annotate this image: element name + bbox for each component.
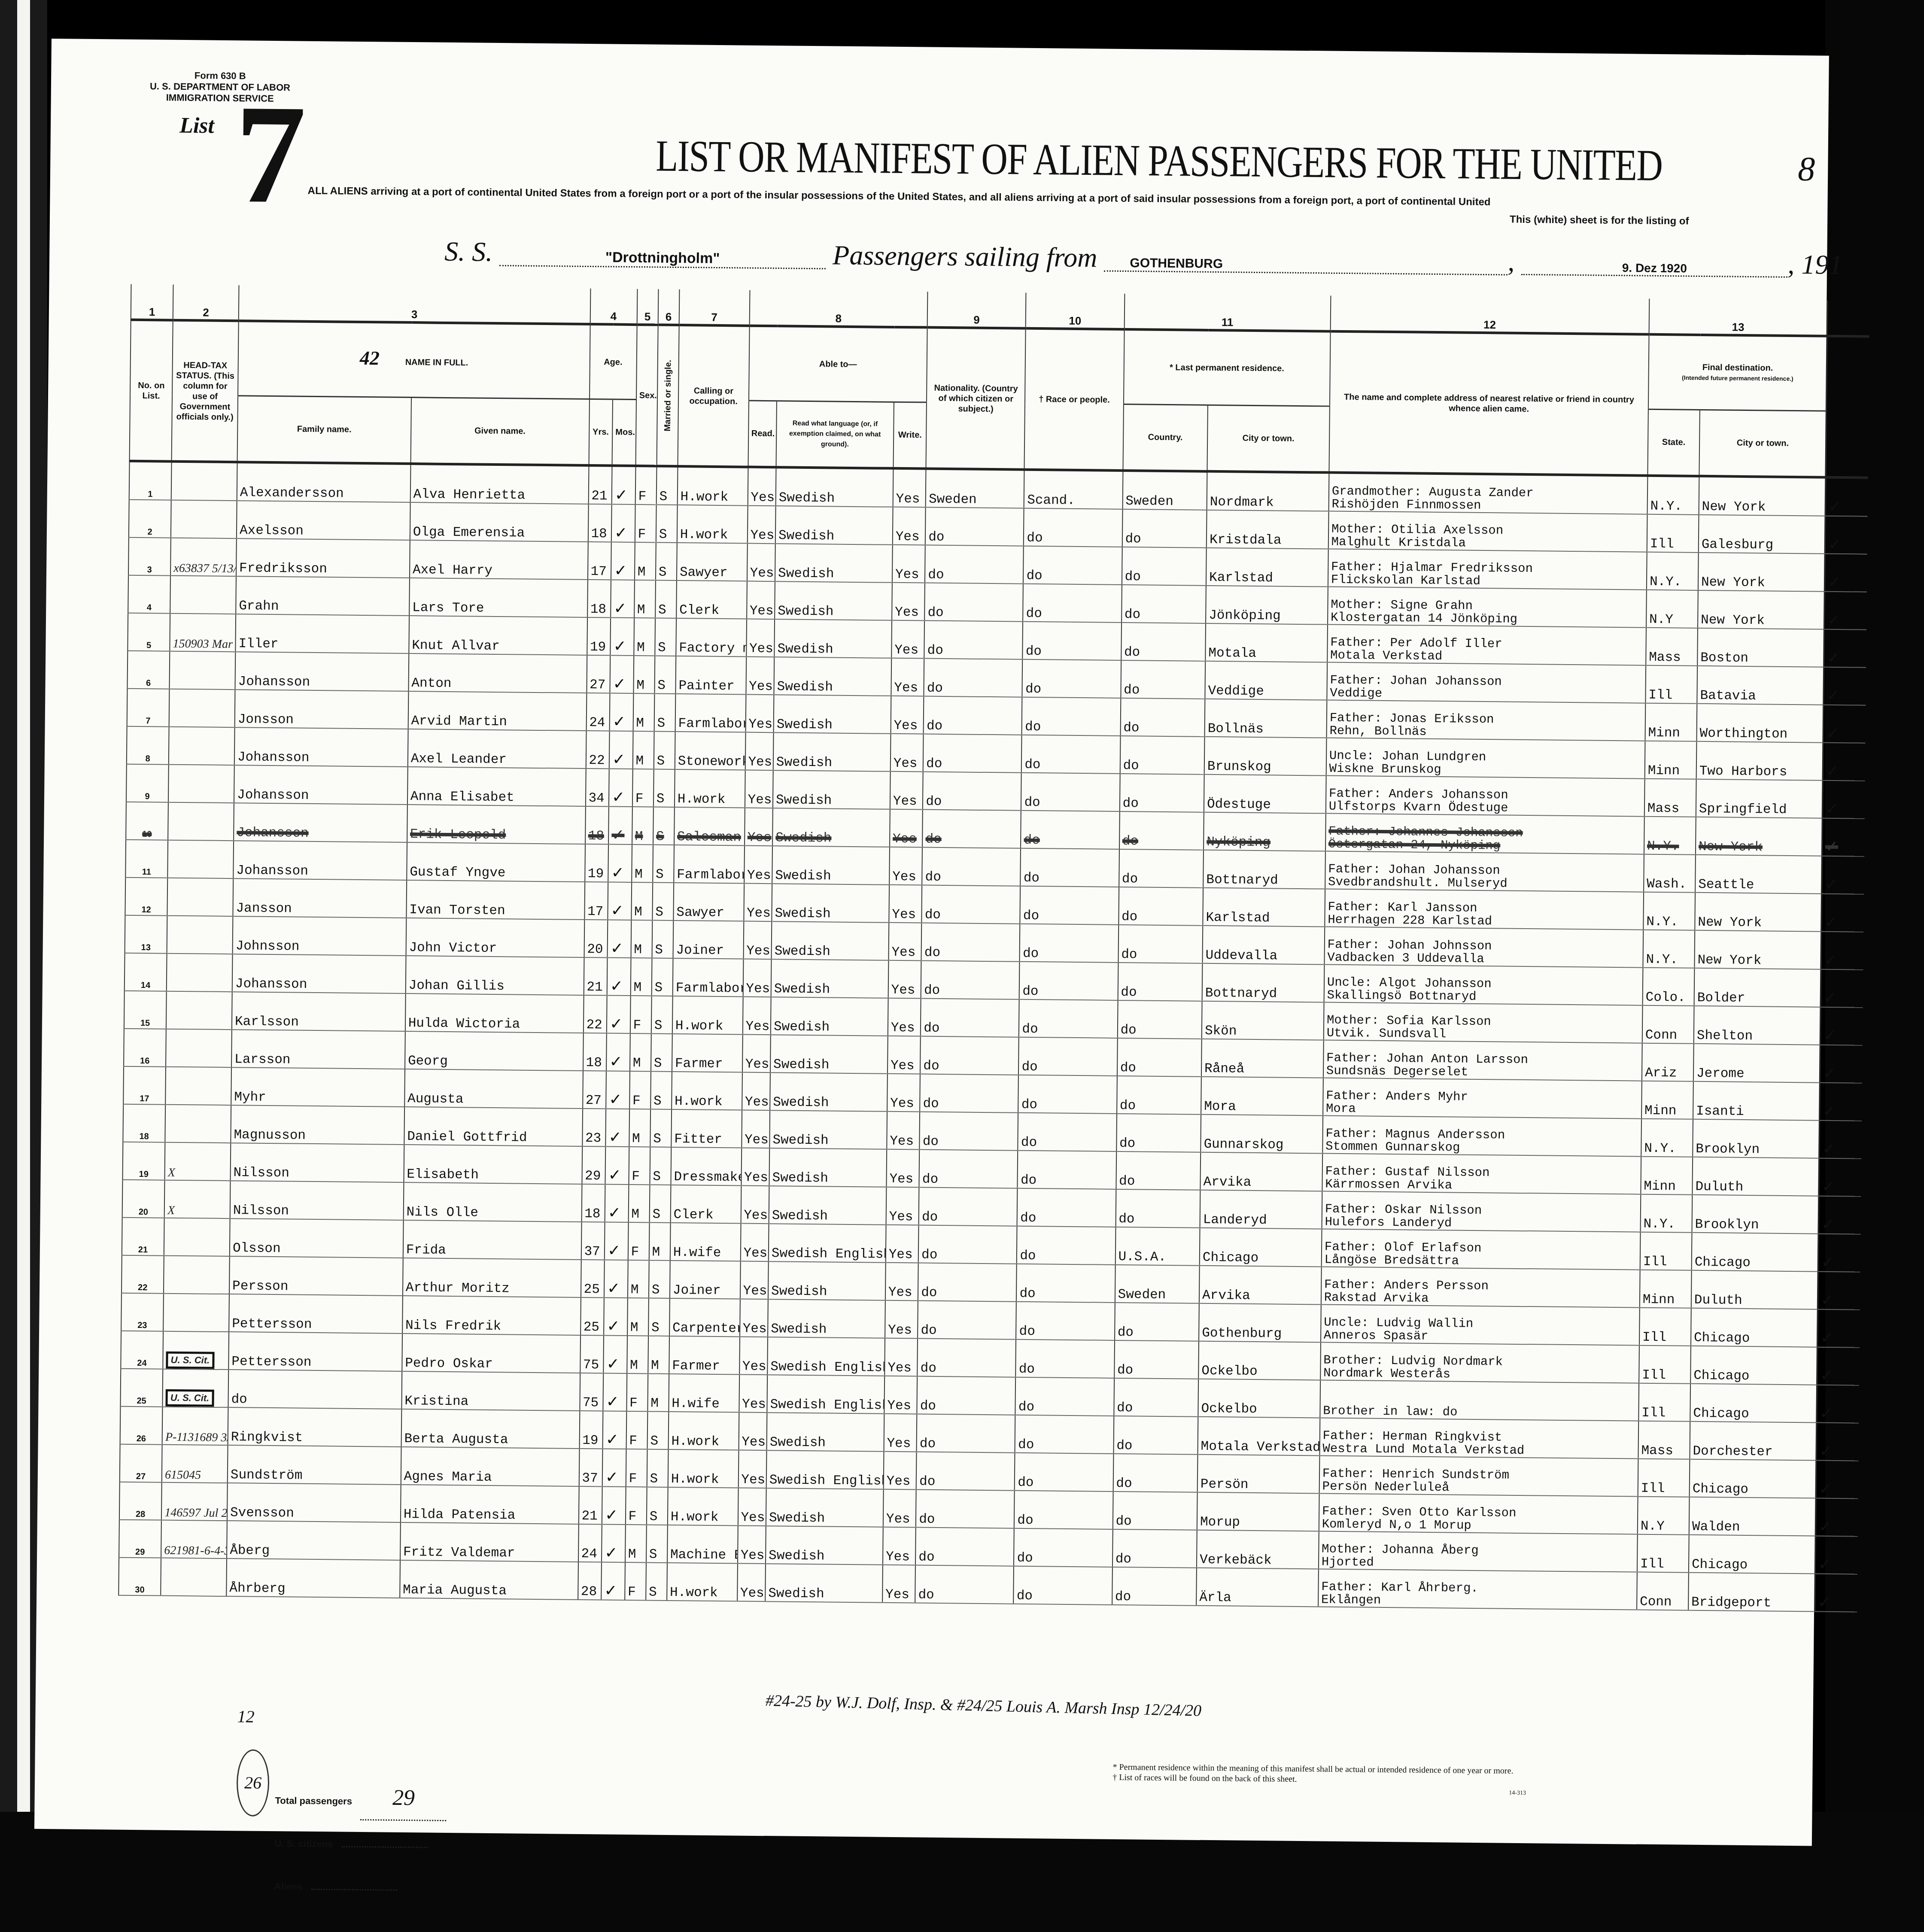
- can-read: Yes: [737, 1563, 766, 1601]
- occupation: Clerk: [676, 580, 747, 619]
- family-name: Magnusson: [231, 1105, 404, 1145]
- year-prefix: 191: [1801, 249, 1843, 281]
- residence-city: Karlstad: [1203, 888, 1325, 927]
- age-years: 37: [579, 1449, 602, 1487]
- check-mark-icon: ✓: [1816, 1423, 1859, 1461]
- row-number: 9: [126, 764, 169, 802]
- family-name: Axelsson: [237, 501, 410, 540]
- total-passengers-value: 29: [361, 1776, 447, 1821]
- age-years: 19: [585, 844, 608, 882]
- check-mark-icon: ✓: [605, 1222, 628, 1260]
- check-mark-icon: ✓: [1818, 1196, 1861, 1234]
- head-tax-note: 615045: [162, 1445, 228, 1483]
- sex: F: [625, 1487, 647, 1525]
- residence-country: do: [1117, 1000, 1202, 1039]
- dest-state: N.Y: [1638, 1497, 1690, 1535]
- check-mark-icon: ✓: [1822, 818, 1865, 857]
- age-years: 18: [588, 504, 611, 542]
- row-number: 24: [121, 1331, 163, 1369]
- nearest-relative: Mother: Signe GrahnKlostergatan 14 Jönkö…: [1328, 587, 1647, 628]
- row-number: 26: [120, 1406, 163, 1445]
- check-mark-icon: ✓: [611, 580, 634, 618]
- race: do: [1022, 697, 1121, 736]
- marital-status: S: [654, 694, 675, 732]
- can-read: Yes: [744, 846, 772, 884]
- family-name: Olsson: [230, 1218, 404, 1258]
- head-tax-note: P-1131689 3/19/37: [162, 1407, 228, 1445]
- row-number: 3: [128, 538, 171, 576]
- given-name: Lars Tore: [409, 578, 588, 617]
- residence-country: do: [1113, 1416, 1198, 1455]
- given-name: Nils Olle: [403, 1182, 582, 1222]
- given-name: Pedro Oskar: [402, 1334, 581, 1373]
- row-number: 6: [127, 651, 170, 689]
- row-number: 10: [126, 802, 168, 840]
- family-name: Ringkvist: [228, 1407, 402, 1447]
- occupation: H.wife: [669, 1374, 739, 1413]
- given-name: Olga Emerensia: [410, 502, 589, 542]
- read-language: Swedish: [767, 1413, 884, 1452]
- row-number: 7: [127, 689, 170, 727]
- occupation: Factory man: [676, 618, 747, 657]
- residence-city: Mora: [1201, 1077, 1323, 1116]
- family-name: do: [228, 1370, 402, 1409]
- row-number: 12: [125, 878, 167, 916]
- header-final-destination: Final destination.(Intended future perma…: [1648, 334, 1827, 411]
- residence-city: Motala Verkstad: [1198, 1417, 1320, 1456]
- header-read: Read.: [748, 401, 777, 467]
- residence-country: U.S.A.: [1115, 1227, 1200, 1266]
- can-write: Yes: [888, 1036, 921, 1074]
- can-write: Yes: [893, 468, 926, 507]
- sex: F: [629, 1071, 651, 1109]
- check-mark-icon: ✓: [1821, 894, 1864, 932]
- check-mark-icon: ✓: [611, 504, 635, 543]
- read-language: Swedish English: [766, 1450, 884, 1489]
- nearest-relative: Uncle: Johan LundgrenWiskne Brunskog: [1326, 738, 1645, 779]
- given-name: Axel Harry: [410, 540, 588, 580]
- row-number: 22: [122, 1255, 164, 1294]
- check-mark-icon: ✓: [1815, 1498, 1858, 1537]
- check-mark-icon: ✓: [604, 1297, 627, 1336]
- residence-country: do: [1119, 811, 1204, 850]
- nearest-relative: Father: Johan JohnssonVadbacken 3 Uddeva…: [1324, 927, 1643, 968]
- can-write: Yes: [888, 923, 921, 961]
- marital-status: S: [646, 1525, 668, 1562]
- can-read: Yes: [741, 1186, 769, 1224]
- read-language: Swedish: [771, 997, 888, 1036]
- dest-state: Ill: [1640, 1232, 1692, 1270]
- marital-status: S: [653, 769, 675, 807]
- check-mark-icon: ✓: [608, 882, 631, 920]
- can-write: Yes: [891, 734, 924, 772]
- dest-state: N.Y.: [1644, 817, 1696, 855]
- check-mark-icon: ✓: [1824, 554, 1867, 592]
- can-read: Yes: [738, 1450, 766, 1488]
- can-read: Yes: [747, 544, 775, 582]
- race: do: [1021, 735, 1120, 774]
- check-mark-icon: ✓: [601, 1562, 625, 1600]
- read-language: Swedish: [775, 581, 892, 620]
- departure-date: 9. Dez 1920: [1521, 260, 1787, 278]
- occupation: H.work: [675, 769, 745, 808]
- given-name: Axel Leander: [408, 729, 587, 769]
- us-citizens-value: [341, 1846, 427, 1848]
- dest-city: Dorchester: [1690, 1422, 1817, 1461]
- row-number: 15: [124, 991, 167, 1029]
- total-passengers-label: Total passengers: [275, 1779, 352, 1823]
- marital-status: S: [655, 618, 676, 656]
- row-number: 29: [119, 1520, 161, 1558]
- can-read: Yes: [746, 619, 775, 657]
- can-write: Yes: [886, 1225, 919, 1263]
- nationality: do: [920, 1112, 1018, 1151]
- age-years: 21: [588, 465, 612, 504]
- check-mark-icon: ✓: [605, 1147, 629, 1185]
- totals-block: Total passengers29 U. S. citizens Aliens: [274, 1775, 447, 1910]
- corner-mark: 8: [1798, 150, 1815, 189]
- header-country: Country.: [1123, 404, 1208, 471]
- header-mos: Mos.: [612, 399, 636, 466]
- nearest-relative: Brother: Ludvig NordmarkNordmark Westerå…: [1320, 1343, 1639, 1383]
- nearest-relative: Uncle: Algot JohanssonSkallingsö Bottnar…: [1324, 965, 1643, 1005]
- residence-country: do: [1112, 1492, 1197, 1530]
- us-citizens-label: U. S. citizens: [274, 1822, 333, 1865]
- header-dest-city: City or town.: [1699, 410, 1826, 477]
- dest-city: Chicago: [1690, 1384, 1817, 1423]
- residence-country: do: [1118, 925, 1203, 963]
- sex: M: [632, 844, 653, 882]
- us-citizen-stamp: U. S. Cit.: [166, 1389, 214, 1407]
- family-name: Iller: [235, 614, 409, 653]
- residence-city: Nyköping: [1204, 812, 1326, 851]
- check-mark-icon: ✓: [1818, 1234, 1860, 1272]
- check-mark-icon: ✓: [1819, 1121, 1862, 1159]
- circled-mark: 26: [236, 1749, 269, 1817]
- occupation: H.work: [672, 996, 743, 1035]
- race: do: [1021, 848, 1119, 887]
- residence-city: Ockelbo: [1198, 1341, 1321, 1380]
- dest-city: Isanti: [1693, 1081, 1820, 1121]
- head-tax-note: [171, 500, 237, 538]
- sex: F: [629, 1147, 650, 1185]
- nationality: do: [918, 1301, 1016, 1340]
- family-name: Persson: [229, 1256, 403, 1296]
- race: do: [1021, 811, 1119, 849]
- sex: M: [634, 618, 655, 656]
- can-read: Yes: [745, 732, 773, 771]
- check-mark-icon: ✓: [1819, 1158, 1861, 1197]
- occupation: Stoneworker: [675, 732, 746, 770]
- nationality: do: [924, 696, 1022, 735]
- can-write: Yes: [889, 847, 922, 885]
- nearest-relative: Father: Henrich SundströmPersön Nederlul…: [1319, 1456, 1638, 1497]
- departure-port: GOTHENBURG: [1104, 256, 1508, 276]
- can-read: Yes: [747, 506, 775, 544]
- family-name: Grahn: [236, 576, 410, 616]
- check-mark-icon: ✓: [1823, 705, 1866, 743]
- sex: M: [633, 693, 654, 731]
- dest-city: New York: [1696, 817, 1823, 856]
- dest-state: Mass: [1646, 628, 1698, 666]
- header-able-to: Able to—: [749, 326, 927, 402]
- marital-status: S: [652, 920, 673, 958]
- age-years: 28: [578, 1562, 602, 1600]
- check-mark-icon: ✓: [608, 920, 631, 958]
- nearest-relative: Father: Johan JohanssonSvedbrandshult. M…: [1325, 851, 1644, 892]
- check-mark-icon: ✓: [610, 656, 634, 694]
- dest-state: Minn: [1640, 1270, 1692, 1308]
- check-mark-icon: ✓: [608, 807, 632, 845]
- dest-state: N.Y: [1646, 590, 1698, 628]
- occupation: Carpenter: [669, 1298, 740, 1337]
- dest-city: Boston: [1697, 628, 1824, 667]
- manifest-table: 1 2 3 4 5 6 7 8 9 10 11 12 13 No. on Lis…: [118, 284, 1869, 1613]
- header-head-tax: HEAD-TAX STATUS. (This column for use of…: [172, 320, 239, 462]
- nationality: do: [917, 1376, 1016, 1415]
- age-years: 34: [585, 769, 609, 807]
- age-years: 19: [579, 1411, 603, 1449]
- row-number: 16: [124, 1029, 166, 1067]
- read-language: Swedish: [772, 884, 889, 923]
- can-write: Yes: [890, 772, 923, 810]
- family-name: Pettersson: [229, 1294, 403, 1334]
- race: do: [1015, 1453, 1113, 1492]
- age-years: 24: [578, 1524, 602, 1562]
- head-tax-note: [170, 576, 236, 614]
- given-name: Alva Henrietta: [410, 464, 589, 504]
- document-title: LIST OR MANIFEST OF ALIEN PASSENGERS FOR…: [656, 131, 1663, 191]
- residence-country: do: [1112, 1529, 1197, 1568]
- dest-state: N.Y.: [1643, 892, 1695, 930]
- residence-country: do: [1122, 585, 1206, 623]
- marital-status: S: [647, 1411, 669, 1449]
- head-tax-note: 150903 Mar 11-26: [170, 614, 236, 652]
- dest-state: N.Y.: [1643, 930, 1695, 968]
- age-years: 75: [580, 1373, 603, 1411]
- marital-status: S: [653, 807, 675, 845]
- occupation: Farmer: [672, 1034, 743, 1072]
- given-name: Elisabeth: [404, 1145, 582, 1184]
- age-years: 25: [581, 1260, 604, 1298]
- page-mark: 12: [237, 1706, 254, 1726]
- nearest-relative: Father: Johannes JohanssonÖstergatan 24,…: [1325, 814, 1644, 854]
- residence-city: Bollnäs: [1205, 699, 1327, 738]
- family-name: Alexandersson: [237, 462, 411, 502]
- check-mark-icon: ✓: [602, 1524, 625, 1562]
- marital-status: M: [647, 1373, 669, 1411]
- check-mark-icon: ✓: [611, 542, 635, 580]
- family-name: Åhrberg: [226, 1558, 400, 1598]
- residence-country: do: [1122, 509, 1207, 548]
- check-mark-icon: ✓: [603, 1373, 626, 1411]
- marital-status: S: [649, 1185, 671, 1222]
- family-name: Sundström: [228, 1445, 401, 1485]
- nationality: do: [920, 1074, 1018, 1113]
- residence-city: Veddige: [1205, 661, 1327, 700]
- check-mark-icon: ✓: [610, 693, 633, 732]
- sex: F: [632, 769, 654, 807]
- sex: M: [634, 580, 656, 618]
- occupation: H.work: [667, 1563, 738, 1601]
- residence-country: do: [1121, 623, 1206, 661]
- header-age: Age.: [590, 324, 637, 400]
- header-read-language: Read what language (or, if exemption cla…: [776, 401, 894, 468]
- read-language: Swedish: [772, 808, 890, 847]
- given-name: Anton: [408, 653, 587, 693]
- dest-city: Chicago: [1690, 1346, 1818, 1385]
- given-name: Maria Augusta: [400, 1560, 578, 1600]
- can-write: Yes: [882, 1565, 915, 1603]
- can-write: Yes: [883, 1489, 916, 1528]
- ship-name: "Drottningholm": [499, 248, 826, 269]
- read-language: Swedish: [769, 1148, 887, 1187]
- nationality: do: [922, 810, 1021, 848]
- race: do: [1020, 924, 1119, 963]
- marital-status: S: [656, 543, 677, 580]
- sex: M: [632, 731, 654, 769]
- nearest-relative: Father: Oskar NilssonHulefors Landeryd: [1322, 1191, 1641, 1232]
- given-name: Agnes Maria: [401, 1447, 580, 1486]
- check-mark-icon: ✓: [1825, 477, 1868, 516]
- read-language: Swedish English: [767, 1337, 885, 1376]
- occupation: Machine Builder: [667, 1525, 738, 1564]
- can-write: Yes: [888, 998, 921, 1036]
- marital-status: S: [653, 732, 675, 769]
- document-subtitle-cont: This (white) sheet is for the listing of: [1510, 214, 1689, 228]
- dest-state: Mass: [1638, 1421, 1690, 1459]
- dest-city: Worthington: [1696, 704, 1824, 743]
- residence-country: do: [1117, 1038, 1202, 1077]
- can-write: Yes: [887, 1074, 920, 1112]
- occupation: H.wife: [670, 1223, 741, 1261]
- given-name: Erik Leopold: [407, 805, 586, 844]
- dest-state: Colo.: [1642, 968, 1694, 1006]
- dest-city: Batavia: [1697, 666, 1824, 705]
- marital-status: S: [656, 505, 678, 543]
- can-write: Yes: [887, 1112, 920, 1150]
- residence-country: do: [1120, 736, 1204, 775]
- can-write: Yes: [889, 885, 922, 923]
- aliens-label: Aliens: [274, 1865, 303, 1908]
- race: do: [1014, 1491, 1113, 1529]
- given-name: Johan Gillis: [405, 956, 584, 995]
- age-years: 24: [586, 693, 610, 731]
- sex: M: [628, 1260, 649, 1298]
- read-language: Swedish: [769, 1110, 887, 1149]
- check-mark-icon: ✓: [1825, 516, 1867, 554]
- header-married: Married or single.: [657, 325, 679, 466]
- family-name: Nilsson: [230, 1143, 404, 1182]
- given-name: Anna Elisabet: [407, 767, 586, 806]
- can-read: Yes: [740, 1261, 768, 1300]
- read-language: Swedish: [769, 1186, 887, 1225]
- header-relative: The name and complete address of nearest…: [1329, 331, 1649, 476]
- race: do: [1016, 1264, 1115, 1303]
- nationality: do: [915, 1565, 1014, 1604]
- race: do: [1021, 773, 1120, 811]
- can-read: Yes: [740, 1299, 768, 1337]
- check-mark-icon: ✓: [1821, 969, 1863, 1008]
- age-years: 75: [580, 1335, 604, 1373]
- nationality: do: [923, 734, 1022, 773]
- residence-city: Råneå: [1201, 1039, 1324, 1078]
- nationality: do: [925, 545, 1024, 584]
- header-family-name: Family name.: [237, 396, 411, 464]
- dest-state: Ill: [1645, 665, 1697, 704]
- check-mark-icon: ✓: [606, 1071, 629, 1109]
- sex: F: [635, 466, 657, 504]
- head-tax-note: [166, 991, 232, 1030]
- nearest-relative: Mother: Johanna ÅbergHjorted: [1319, 1531, 1638, 1572]
- age-years: 18: [581, 1184, 605, 1222]
- head-tax-note: [170, 651, 236, 690]
- race: do: [1015, 1377, 1114, 1416]
- can-read: Yes: [739, 1337, 768, 1375]
- race: do: [1018, 1037, 1117, 1076]
- nearest-relative: Father: Olof ErlafsonLångöse Bredsättra: [1321, 1229, 1640, 1270]
- check-mark-icon: ✓: [1817, 1347, 1860, 1385]
- occupation: Farmlaborer: [673, 958, 744, 997]
- family-name: Johansson: [234, 803, 407, 842]
- residence-country: do: [1120, 698, 1205, 737]
- dest-state: N.Y.: [1647, 552, 1699, 590]
- family-name: Svensson: [227, 1483, 401, 1522]
- check-mark-icon: ✓: [602, 1449, 626, 1487]
- nationality: do: [925, 507, 1024, 546]
- given-name: Berta Augusta: [401, 1409, 580, 1449]
- sheet-number: 42: [360, 346, 380, 368]
- dest-city: Seattle: [1695, 855, 1822, 894]
- header-given-name: Given name.: [410, 398, 589, 465]
- nearest-relative: Father: Anders JohanssonUlfstorps Kvarn …: [1326, 776, 1645, 817]
- residence-city: Motala: [1205, 623, 1328, 662]
- check-mark-icon: ✓: [1822, 856, 1864, 894]
- race: do: [1019, 962, 1118, 1000]
- nationality: do: [923, 772, 1021, 811]
- marital-status: S: [650, 1109, 672, 1147]
- dest-state: Minn: [1641, 1157, 1693, 1195]
- can-write: Yes: [884, 1338, 918, 1376]
- head-tax-note: X: [165, 1142, 231, 1181]
- can-read: Yes: [746, 657, 774, 695]
- residence-city: Landeryd: [1200, 1190, 1322, 1229]
- nationality: do: [916, 1452, 1015, 1490]
- race: do: [1018, 1113, 1117, 1151]
- dest-state: Ill: [1647, 514, 1699, 553]
- residence-city: Ockelbo: [1198, 1379, 1320, 1418]
- aliens-value: [311, 1889, 397, 1891]
- head-tax-note: [168, 802, 234, 841]
- occupation: Painter: [675, 656, 746, 695]
- race: Scand.: [1024, 470, 1123, 509]
- read-language: Swedish: [772, 846, 890, 885]
- read-language: Swedish: [775, 544, 893, 583]
- dest-city: Chicago: [1690, 1459, 1817, 1498]
- check-mark-icon: ✓: [1820, 1045, 1862, 1083]
- dest-city: Bridgeport: [1688, 1573, 1815, 1612]
- sex: F: [626, 1411, 647, 1449]
- check-mark-icon: ✓: [610, 618, 634, 656]
- head-tax-note: [163, 1294, 229, 1332]
- head-tax-note: [169, 727, 235, 765]
- dest-city: Brooklyn: [1693, 1119, 1820, 1158]
- residence-country: do: [1115, 1303, 1199, 1341]
- residence-city: Arvika: [1199, 1266, 1322, 1305]
- family-name: Nilsson: [230, 1181, 404, 1220]
- occupation: Joiner: [670, 1261, 741, 1299]
- can-read: Yes: [739, 1375, 767, 1413]
